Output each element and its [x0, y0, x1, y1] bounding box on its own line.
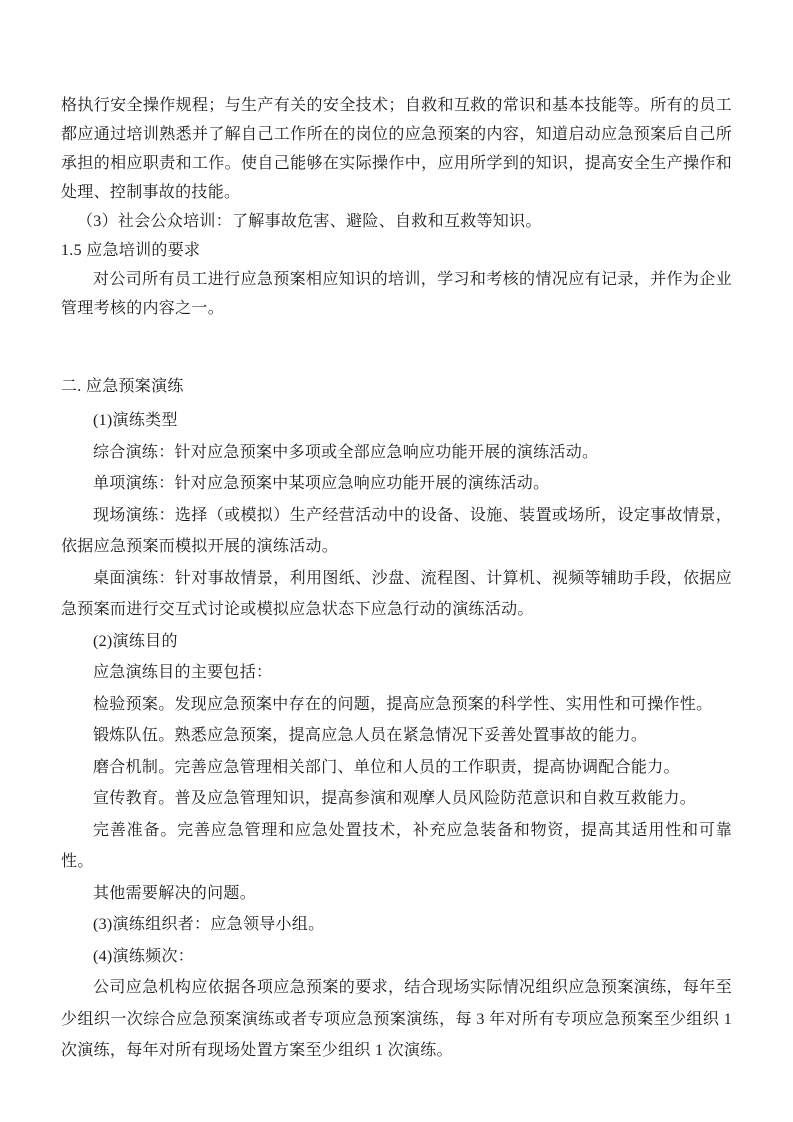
paragraph-purpose-intro: 应急演练目的主要包括： [61, 657, 732, 689]
paragraph-public-training: （3）社会公众培训：了解事故危害、避险、自救和互救等知识。 [61, 207, 732, 236]
paragraph-comprehensive-drill: 综合演练：针对应急预案中多项或全部应急响应功能开展的演练活动。 [61, 437, 732, 469]
paragraph-drill-organizer: (3)演练组织者：应急领导小组。 [61, 909, 732, 941]
section-heading-drill: 二. 应急预案演练 [61, 371, 732, 402]
paragraph-improve-preparation: 完善准备。完善应急管理和应急处置技术，补充应急装备和物资，提高其适用性和可靠性。 [61, 815, 732, 878]
document-page: 格执行安全操作规程；与生产有关的安全技术；自救和互救的常识和基本技能等。所有的员… [0, 0, 793, 1122]
paragraph-verify-plan: 检验预案。发现应急预案中存在的问题，提高应急预案的科学性、实用性和可操作性。 [61, 689, 732, 721]
paragraph-other-issues: 其他需要解决的问题。 [61, 878, 732, 910]
paragraph-drill-type-label: (1)演练类型 [61, 405, 732, 437]
paragraph-coordinate-mechanism: 磨合机制。完善应急管理相关部门、单位和人员的工作职责，提高协调配合能力。 [61, 752, 732, 784]
paragraph-single-drill: 单项演练：针对应急预案中某项应急响应功能开展的演练活动。 [61, 468, 732, 500]
paragraph-tabletop-drill: 桌面演练：针对事故情景，利用图纸、沙盘、流程图、计算机、视频等辅助手段，依据应急… [61, 563, 732, 626]
paragraph-drill-purpose-label: (2)演练目的 [61, 626, 732, 658]
paragraph-train-team: 锻炼队伍。熟悉应急预案，提高应急人员在紧急情况下妥善处置事故的能力。 [61, 720, 732, 752]
paragraph-drill-frequency-detail: 公司应急机构应依据各项应急预案的要求，结合现场实际情况组织应急预案演练，每年至少… [61, 972, 732, 1067]
subsection-heading-1-5: 1.5 应急培训的要求 [61, 236, 732, 265]
document-content: 格执行安全操作规程；与生产有关的安全技术；自救和互救的常识和基本技能等。所有的员… [61, 91, 732, 1067]
paragraph-publicity-education: 宣传教育。普及应急管理知识，提高参演和观摩人员风险防范意识和自救互救能力。 [61, 783, 732, 815]
paragraph-site-drill: 现场演练：选择（或模拟）生产经营活动中的设备、设施、装置或场所，设定事故情景，依… [61, 500, 732, 563]
paragraph-training-continuation: 格执行安全操作规程；与生产有关的安全技术；自救和互救的常识和基本技能等。所有的员… [61, 91, 732, 207]
paragraph-training-requirement: 对公司所有员工进行应急预案相应知识的培训，学习和考核的情况应有记录，并作为企业管… [61, 265, 732, 323]
paragraph-drill-frequency-label: (4)演练频次： [61, 941, 732, 973]
